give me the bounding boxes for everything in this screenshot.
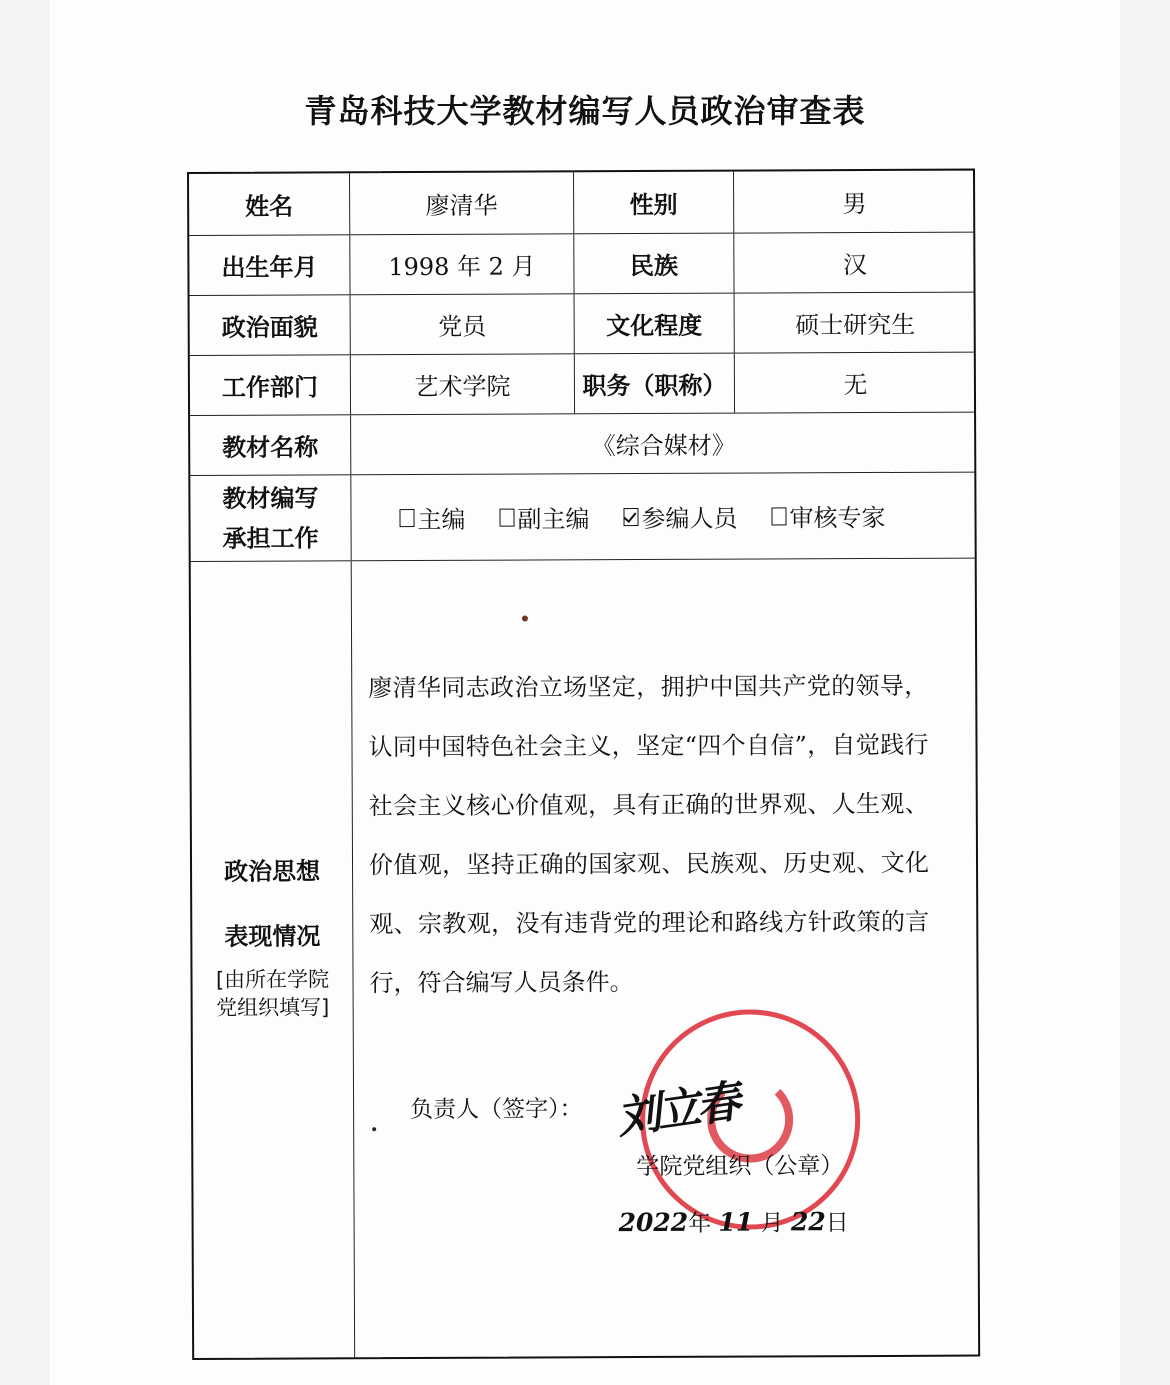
role-option-chief-editor[interactable]: 主编 (399, 500, 465, 535)
date-year-suffix: 年 (688, 1211, 711, 1237)
assessment-note-line1: [由所在学院 (216, 967, 329, 991)
birth-label: 出生年月 (189, 235, 349, 295)
ethnicity-value: 汉 (733, 233, 975, 293)
assessment-note-line2: 党组织填写] (216, 995, 329, 1019)
table-row-name: 姓名 廖清华 性别 男 (189, 171, 973, 236)
birth-value: 1998 年 2 月 (349, 234, 573, 294)
date-year: 2022 (619, 1208, 689, 1237)
ethnicity-label: 民族 (573, 234, 733, 294)
textbook-label: 教材名称 (190, 415, 350, 475)
assessment-label-line1: 政治思想 (224, 851, 320, 886)
department-value: 艺术学院 (350, 354, 574, 414)
assessment-content: 廖清华同志政治立场坚定，拥护中国共产党的领导，认同中国特色社会主义，坚定“四个自… (351, 559, 980, 1358)
role-label: 教材编写 承担工作 (190, 475, 350, 561)
textbook-value: 《综合媒材》 (350, 413, 976, 475)
role-option-deputy-editor[interactable]: 副主编 (499, 499, 589, 534)
ink-dot (372, 1127, 376, 1131)
table-row-political-status: 政治面貌 党员 文化程度 硕士研究生 (190, 293, 974, 356)
assessment-label-note: [由所在学院 党组织填写] (216, 965, 329, 1021)
document-title: 青岛科技大学教材编写人员政治审查表 (0, 86, 1170, 132)
table-row-department: 工作部门 艺术学院 职务（职称） 无 (190, 353, 974, 416)
assessment-label: 政治思想 表现情况 [由所在学院 党组织填写] (191, 561, 354, 1358)
name-label: 姓名 (189, 173, 349, 235)
table-row-role: 教材编写 承担工作 主编 副主编 参编人员 审核专家 (190, 473, 974, 562)
date-month: 11 (718, 1208, 753, 1237)
role-label-line2: 承担工作 (223, 518, 319, 558)
political-status-label: 政治面貌 (190, 295, 350, 355)
department-label: 工作部门 (190, 355, 350, 415)
role-option-label: 主编 (417, 500, 465, 535)
political-status-value: 党员 (350, 294, 574, 354)
role-option-reviewer[interactable]: 审核专家 (771, 498, 885, 533)
date-day-suffix: 日 (826, 1210, 849, 1236)
role-option-contributor[interactable]: 参编人员 (623, 499, 737, 534)
checkbox-unchecked-icon[interactable] (499, 508, 514, 526)
assessment-text: 廖清华同志政治立场坚定，拥护中国共产党的领导，认同中国特色社会主义，坚定“四个自… (368, 657, 930, 1013)
date-month-suffix: 月 (761, 1210, 784, 1236)
date-day: 22 (791, 1207, 826, 1236)
handwritten-signature: 刘立春 (612, 1066, 740, 1147)
signer-label: 负责人（签字）： (410, 1090, 583, 1124)
ink-dot (522, 616, 528, 622)
assessment-label-line2: 表现情况 (224, 916, 320, 951)
role-options: 主编 副主编 参编人员 审核专家 (350, 473, 976, 561)
role-label-line1: 教材编写 (222, 478, 318, 518)
position-label: 职务（职称） (574, 354, 734, 414)
education-value: 硕士研究生 (734, 293, 976, 353)
name-value: 廖清华 (349, 172, 573, 234)
education-label: 文化程度 (574, 294, 734, 354)
role-option-label: 副主编 (517, 499, 589, 534)
table-row-textbook: 教材名称 《综合媒材》 (190, 413, 974, 476)
checkbox-unchecked-icon[interactable] (399, 509, 414, 527)
sign-date: 2022年 11 月 22日 (619, 1204, 849, 1238)
role-option-label: 参编人员 (641, 499, 737, 534)
table-row-political-assessment: 政治思想 表现情况 [由所在学院 党组织填写] 廖清华同志政治立场坚定，拥护中国… (191, 559, 978, 1358)
table-row-birth: 出生年月 1998 年 2 月 民族 汉 (189, 233, 973, 296)
role-option-label: 审核专家 (789, 498, 885, 533)
org-seal-label: 学院党组织（公章） (636, 1147, 843, 1181)
checkbox-checked-icon[interactable] (623, 508, 638, 526)
checkbox-unchecked-icon[interactable] (771, 507, 786, 525)
gender-value: 男 (733, 171, 975, 233)
position-value: 无 (734, 353, 976, 413)
review-form-table: 姓名 廖清华 性别 男 出生年月 1998 年 2 月 民族 汉 政治面貌 党员… (187, 169, 980, 1360)
gender-label: 性别 (573, 172, 733, 234)
